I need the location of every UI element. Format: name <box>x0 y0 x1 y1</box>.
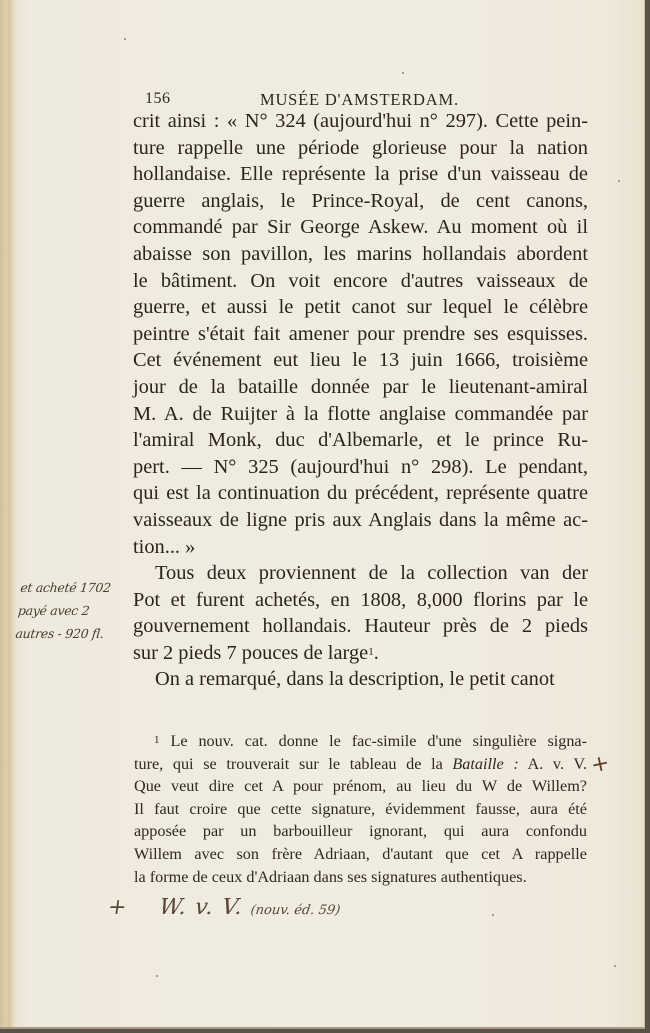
footnote-line: ture, qui se trouverait sur le tableau d… <box>134 753 587 776</box>
footnote: 1 Le nouv. cat. donne le fac-simile d'un… <box>134 730 587 888</box>
text-line: peintre s'était fait amener pour prendre… <box>133 321 588 348</box>
text-line: vaisseaux de ligne pris aux Anglais dans… <box>133 507 588 534</box>
text-line: commandé par Sir George Askew. Au moment… <box>133 214 588 241</box>
handwritten-cross: + <box>106 895 129 920</box>
text-line: Cet événement eut lieu le 13 juin 1666, … <box>133 347 588 374</box>
footnote-line: la forme de ceux d'Adriaan dans ses sign… <box>134 866 587 889</box>
marginal-note-line: autres - 920 fl. <box>14 622 128 645</box>
handwritten-reference: (nouv. éd. 59) <box>250 903 342 918</box>
paper-speck <box>618 180 620 182</box>
paper-speck <box>614 965 616 967</box>
text-line: M. A. de Ruijter à la flotte anglaise co… <box>133 401 588 428</box>
page-gutter <box>0 0 14 1027</box>
running-head: 156 MUSÉE D'AMSTERDAM. <box>145 90 585 110</box>
text-line: Tous deux proviennent de la collection v… <box>133 560 588 587</box>
handwritten-bottom-note: + W. v. V. (nouv. éd. 59) <box>106 895 342 920</box>
text-line: sur 2 pieds 7 pouces de large1. <box>133 640 588 667</box>
text-fragment: . <box>374 642 379 664</box>
text-line: tion... » <box>133 534 588 561</box>
text-fragment: sur 2 pieds 7 pouces de large <box>133 642 368 664</box>
handwritten-signature: W. v. V. <box>158 895 245 920</box>
text-fragment: Le nouv. cat. donne le fac-simile d'une … <box>170 732 587 750</box>
footnote-marker: 1 <box>154 734 160 746</box>
footnote-line: Que veut dire cet A pour prénom, au lieu… <box>134 775 587 798</box>
text-line: hollandaise. Elle représente la prise d'… <box>133 161 588 188</box>
paper-speck <box>402 72 404 74</box>
text-line: pert. — N° 325 (aujourd'hui n° 298). Le … <box>133 454 588 481</box>
text-line: le bâtiment. On voit encore d'autres vai… <box>133 268 588 295</box>
footnote-line: Il faut croire que cette signature, évid… <box>134 798 587 821</box>
footnote-line: 1 Le nouv. cat. donne le fac-simile d'un… <box>134 730 587 753</box>
handwritten-marginal-note: et acheté 1702 payé avec 2 autres - 920 … <box>14 576 133 645</box>
handwritten-cross-mark: + <box>589 750 612 778</box>
paper-speck <box>156 975 158 977</box>
marginal-note-line: payé avec 2 <box>17 599 131 622</box>
text-line: Pot et furent achetés, en 1808, 8,000 fl… <box>133 587 588 614</box>
text-line: abaisse son pavillon, les marins holland… <box>133 241 588 268</box>
text-line: ture rappelle une période glorieuse pour… <box>133 135 588 162</box>
running-head-title: MUSÉE D'AMSTERDAM. <box>260 90 459 110</box>
text-line: crit ainsi : « N° 324 (aujourd'hui n° 29… <box>133 108 588 135</box>
footnote-line: apposée par un barbouilleur ignorant, qu… <box>134 820 587 843</box>
text-fragment: A. v. V. <box>519 755 587 773</box>
text-line: jour de la bataille donnée par le lieute… <box>133 374 588 401</box>
text-line: On a remarqué, dans la description, le p… <box>133 666 588 693</box>
italic-title: Bataille : <box>452 755 518 773</box>
paper-speck <box>492 914 494 916</box>
marginal-note-line: et acheté 1702 <box>19 576 133 599</box>
text-line: qui est la continuation du précédent, re… <box>133 480 588 507</box>
paper-speck <box>124 38 126 40</box>
text-line: gouvernement hollandais. Hauteur près de… <box>133 613 588 640</box>
footnote-reference[interactable]: 1 <box>368 646 374 658</box>
text-line: l'amiral Monk, duc d'Albemarle, et le pr… <box>133 427 588 454</box>
text-line: guerre, et aussi le petit canot sur lequ… <box>133 294 588 321</box>
page-number: 156 <box>145 90 171 108</box>
paragraph-2: Tous deux proviennent de la collection v… <box>133 560 588 666</box>
text-line: guerre anglais, le Prince-Royal, de cent… <box>133 188 588 215</box>
footnote-line: Willem avec son frère Adriaan, d'autant … <box>134 843 587 866</box>
text-fragment: ture, qui se trouverait sur le tableau d… <box>134 755 452 773</box>
paragraph-1: crit ainsi : « N° 324 (aujourd'hui n° 29… <box>133 108 588 560</box>
paragraph-3: On a remarqué, dans la description, le p… <box>133 666 588 693</box>
body-text: crit ainsi : « N° 324 (aujourd'hui n° 29… <box>133 108 588 693</box>
book-page: 156 MUSÉE D'AMSTERDAM. crit ainsi : « N°… <box>0 0 645 1029</box>
